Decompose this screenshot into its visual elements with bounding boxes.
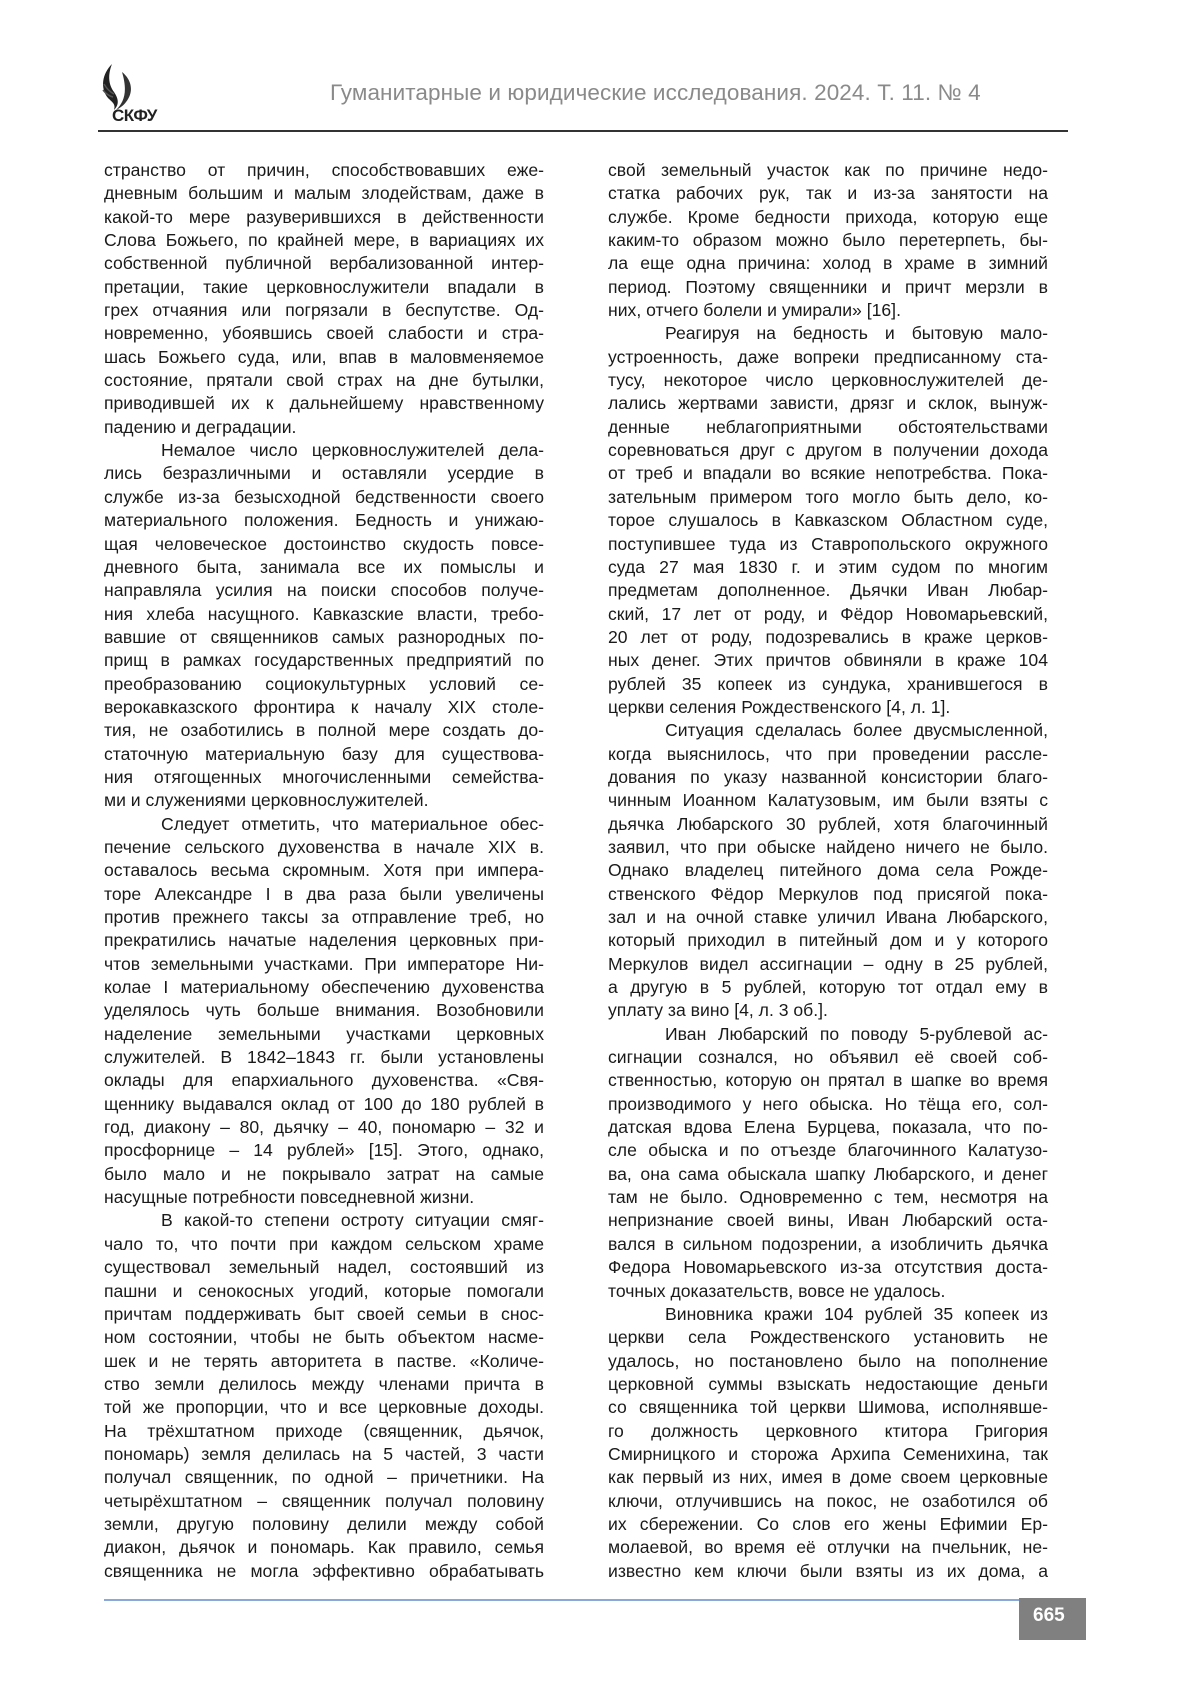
text-line: чинным Иоанном Калатузовым, им были взят…	[608, 789, 1048, 812]
text-line: удалось, но постановлено было на пополне…	[608, 1350, 1048, 1373]
text-line: странство от причин, способствовавших еж…	[104, 159, 544, 182]
text-line: предметам дополненное. Дьячки Иван Любар…	[608, 579, 1048, 602]
text-line: претации, такие церковнослужители впадал…	[104, 276, 544, 299]
text-line: пашни и сенокосных угодий, которые помог…	[104, 1280, 544, 1303]
text-line: зательным примером того могло быть дело,…	[608, 486, 1048, 509]
text-line: ключи, отлучившись на покос, не озаботил…	[608, 1490, 1048, 1513]
text-line: молаевой, во время её отлучки на пчельни…	[608, 1536, 1048, 1559]
text-line: оставалось весьма скромным. Хотя при имп…	[104, 859, 544, 882]
text-line: Следует отметить, что материальное обес-	[104, 813, 544, 836]
logo-text: СКФУ	[112, 106, 157, 126]
text-line: дневного быта, занимала все их помыслы и	[104, 556, 544, 579]
text-line: щая человеческое достоинство скудость по…	[104, 533, 544, 556]
text-line: наделение земельными участками церковных	[104, 1023, 544, 1046]
text-line: уделялось чуть больше внимания. Возобнов…	[104, 999, 544, 1022]
text-line: производимого у него обыска. Но тёща его…	[608, 1093, 1048, 1116]
text-line: Федора Новомарьевского из-за отсутствия …	[608, 1256, 1048, 1279]
text-line: Меркулов видел ассигнации – одну в 25 ру…	[608, 953, 1048, 976]
text-line: ном состоянии, чтобы не быть объектом на…	[104, 1326, 544, 1349]
text-line: существовал земельный надел, состоявший …	[104, 1256, 544, 1279]
text-line: шась Божьего суда, или, впав в маловменя…	[104, 346, 544, 369]
text-line: Немалое число церковнослужителей дела-	[104, 439, 544, 462]
text-line: против прежнего таксы за отправление тре…	[104, 906, 544, 929]
text-line: Слова Божьего, по крайней мере, в вариац…	[104, 229, 544, 252]
text-line: дования по указу названной консистории б…	[608, 766, 1048, 789]
text-line: На трёхштатном приходе (священник, дьячо…	[104, 1420, 544, 1443]
text-line: го должность церковного ктитора Григория	[608, 1420, 1048, 1443]
university-logo: СКФУ	[98, 62, 190, 128]
text-line: устроенность, даже вопреки предписанному…	[608, 346, 1048, 369]
text-line: дневным большим и малым злодействам, даж…	[104, 182, 544, 205]
text-line: соревноваться друг с другом в получении …	[608, 439, 1048, 462]
text-line: от треб и впадали во всякие непотребства…	[608, 462, 1048, 485]
text-line: уплату за вино [4, л. 3 об.].	[608, 999, 1048, 1022]
text-line: оклады для епархиального духовенства. «С…	[104, 1069, 544, 1092]
text-line: щеннику выдавался оклад от 100 до 180 ру…	[104, 1093, 544, 1116]
text-line: службе. Кроме бедности прихода, которую …	[608, 206, 1048, 229]
text-line: ла еще одна причина: холод в храме в зим…	[608, 252, 1048, 275]
left-text-column: странство от причин, способствовавших еж…	[104, 159, 544, 1583]
text-line: церкви села Рождественского установить н…	[608, 1326, 1048, 1349]
text-line: службе из-за безысходной бедственности с…	[104, 486, 544, 509]
text-line: прекратились начатые наделения церковных…	[104, 929, 544, 952]
text-line: свой земельный участок как по причине не…	[608, 159, 1048, 182]
text-line: колае I материальному обеспечению духове…	[104, 976, 544, 999]
text-line: дьячка Любарского 30 рублей, хотя благоч…	[608, 813, 1048, 836]
text-line: просфорнице – 14 рублей» [15]. Этого, од…	[104, 1139, 544, 1162]
right-text-column: свой земельный участок как по причине не…	[608, 159, 1048, 1583]
text-line: лались жертвами зависти, дрязг и склок, …	[608, 392, 1048, 415]
text-line: там не было. Одновременно с тем, несмотр…	[608, 1186, 1048, 1209]
header-divider	[98, 130, 1068, 132]
text-line: чало то, что почти при каждом сельском х…	[104, 1233, 544, 1256]
text-line: поступившее туда из Ставропольского окру…	[608, 533, 1048, 556]
text-line: собственной публичной вербализованной ин…	[104, 252, 544, 275]
text-line: получал священник, по одной – причетники…	[104, 1466, 544, 1489]
text-line: Смирницкого и сторожа Архипа Семенихина,…	[608, 1443, 1048, 1466]
text-line: зал и на очной ставке уличил Ивана Любар…	[608, 906, 1048, 929]
text-line: известно кем ключи были взяты из их дома…	[608, 1560, 1048, 1583]
text-line: ва, она сама обыскала шапку Любарского, …	[608, 1163, 1048, 1186]
text-line: который приходил в питейный дом и у кото…	[608, 929, 1048, 952]
text-line: падению и деградации.	[104, 416, 544, 439]
text-line: ственского Фёдор Меркулов под присягой п…	[608, 883, 1048, 906]
text-line: а другую в 5 рублей, которую тот отдал е…	[608, 976, 1048, 999]
text-line: статка рабочих рук, так и из-за занятост…	[608, 182, 1048, 205]
text-line: направляла усилия на поиски способов пол…	[104, 579, 544, 602]
text-line: церкви селения Рождественского [4, л. 1]…	[608, 696, 1048, 719]
text-line: сле обыска и по отъезде благочинного Кал…	[608, 1139, 1048, 1162]
text-line: состояние, прятали свой страх на дне бут…	[104, 369, 544, 392]
text-line: какой-то мере разуверившихся в действенн…	[104, 206, 544, 229]
text-line: Ситуация сделалась более двусмысленной,	[608, 719, 1048, 742]
text-line: датская вдова Елена Бурцева, показала, ч…	[608, 1116, 1048, 1139]
text-line: торое слушалось в Кавказском Областном с…	[608, 509, 1048, 532]
text-line: ство земли делилось между членами причта…	[104, 1373, 544, 1396]
text-line: Реагируя на бедность и бытовую мало-	[608, 322, 1048, 345]
text-line: церковной суммы взыскать недостающие ден…	[608, 1373, 1048, 1396]
text-line: их сбережении. Со слов его жены Ефимии Е…	[608, 1513, 1048, 1536]
text-line: прищ в рамках государственных предприяти…	[104, 649, 544, 672]
text-line: четырёхштатном – священник получал полов…	[104, 1490, 544, 1513]
text-line: шек и не терять авторитета в пастве. «Ко…	[104, 1350, 544, 1373]
text-line: грех отчаяния или погрязали в беспутстве…	[104, 299, 544, 322]
text-line: точных доказательств, вовсе не удалось.	[608, 1280, 1048, 1303]
text-line: материального положения. Бедность и униж…	[104, 509, 544, 532]
text-line: рублей 35 копеек из сундука, хранившегос…	[608, 673, 1048, 696]
text-line: приводившей их к дальнейшему нравственно…	[104, 392, 544, 415]
page-header: СКФУ Гуманитарные и юридические исследов…	[98, 60, 1068, 132]
text-line: ния отягощенных многочисленными семейств…	[104, 766, 544, 789]
text-line: тусу, некоторое число церковнослужителей…	[608, 369, 1048, 392]
text-line: В какой-то степени остроту ситуации смяг…	[104, 1209, 544, 1232]
text-line: Однако владелец питейного дома села Рожд…	[608, 859, 1048, 882]
text-line: вавшие от священников самых разнородных …	[104, 626, 544, 649]
text-line: причтам поддерживать быт своей семьи в с…	[104, 1303, 544, 1326]
text-line: пономарь) земля делилась на 5 частей, 3 …	[104, 1443, 544, 1466]
text-line: Виновника кражи 104 рублей 35 копеек из	[608, 1303, 1048, 1326]
text-line: служителей. В 1842–1843 гг. были установ…	[104, 1046, 544, 1069]
text-line: той же пропорции, что и все церковные до…	[104, 1396, 544, 1419]
text-line: торе Александре I в два раза были увелич…	[104, 883, 544, 906]
text-line: заявил, что при обыске найдено ничего не…	[608, 836, 1048, 859]
text-line: вался в сильном подозрении, а изобличить…	[608, 1233, 1048, 1256]
text-line: непризнание своей вины, Иван Любарский о…	[608, 1209, 1048, 1232]
text-line: насущные потребности повседневной жизни.	[104, 1186, 544, 1209]
text-line: верокавказского фронтира к началу XIX ст…	[104, 696, 544, 719]
journal-title: Гуманитарные и юридические исследования.…	[330, 80, 981, 106]
text-line: печение сельского духовенства в начале X…	[104, 836, 544, 859]
text-line: каким-то образом можно было перетерпеть,…	[608, 229, 1048, 252]
text-line: диакон, дьячок и пономарь. Как правило, …	[104, 1536, 544, 1559]
text-line: год, диакону – 80, дьячку – 40, пономарю…	[104, 1116, 544, 1139]
text-line: ных денег. Этих причтов обвиняли в краже…	[608, 649, 1048, 672]
text-line: ми и служениями церковнослужителей.	[104, 789, 544, 812]
text-line: суда 27 мая 1830 г. и этим судом по мног…	[608, 556, 1048, 579]
text-line: священника не могла эффективно обрабатыв…	[104, 1560, 544, 1583]
text-line: тия, не озаботились в полной мере создат…	[104, 719, 544, 742]
text-line: когда выяснилось, что при проведении рас…	[608, 743, 1048, 766]
text-line: лись безразличными и оставляли усердие в	[104, 462, 544, 485]
text-line: чтов земельными участками. При император…	[104, 953, 544, 976]
text-line: них, отчего болели и умирали» [16].	[608, 299, 1048, 322]
footer-divider	[104, 1599, 1024, 1601]
text-line: ния хлеба насущного. Кавказские власти, …	[104, 603, 544, 626]
text-line: земли, другую половину делили между собо…	[104, 1513, 544, 1536]
text-line: новременно, убоявшись своей слабости и с…	[104, 322, 544, 345]
page-number-badge: 665	[1019, 1598, 1086, 1640]
text-line: было мало и не покрывало затрат на самые	[104, 1163, 544, 1186]
text-line: денные неблагоприятными обстоятельствами	[608, 416, 1048, 439]
text-line: статочную материальную базу для существо…	[104, 743, 544, 766]
text-line: ский, 17 лет от роду, и Фёдор Новомарьев…	[608, 603, 1048, 626]
text-line: как первый из них, имея в доме своем цер…	[608, 1466, 1048, 1489]
text-line: сигнации сознался, но объявил её своей с…	[608, 1046, 1048, 1069]
text-line: Иван Любарский по поводу 5-рублевой ас-	[608, 1023, 1048, 1046]
text-line: преобразованию социокультурных условий с…	[104, 673, 544, 696]
text-line: 20 лет от роду, подозревались в краже це…	[608, 626, 1048, 649]
text-line: со священника той церкви Шимова, исполня…	[608, 1396, 1048, 1419]
text-line: ственностью, которую он прятал в шапке в…	[608, 1069, 1048, 1092]
text-line: период. Поэтому священники и причт мерзл…	[608, 276, 1048, 299]
wing-logo-icon	[98, 62, 158, 112]
